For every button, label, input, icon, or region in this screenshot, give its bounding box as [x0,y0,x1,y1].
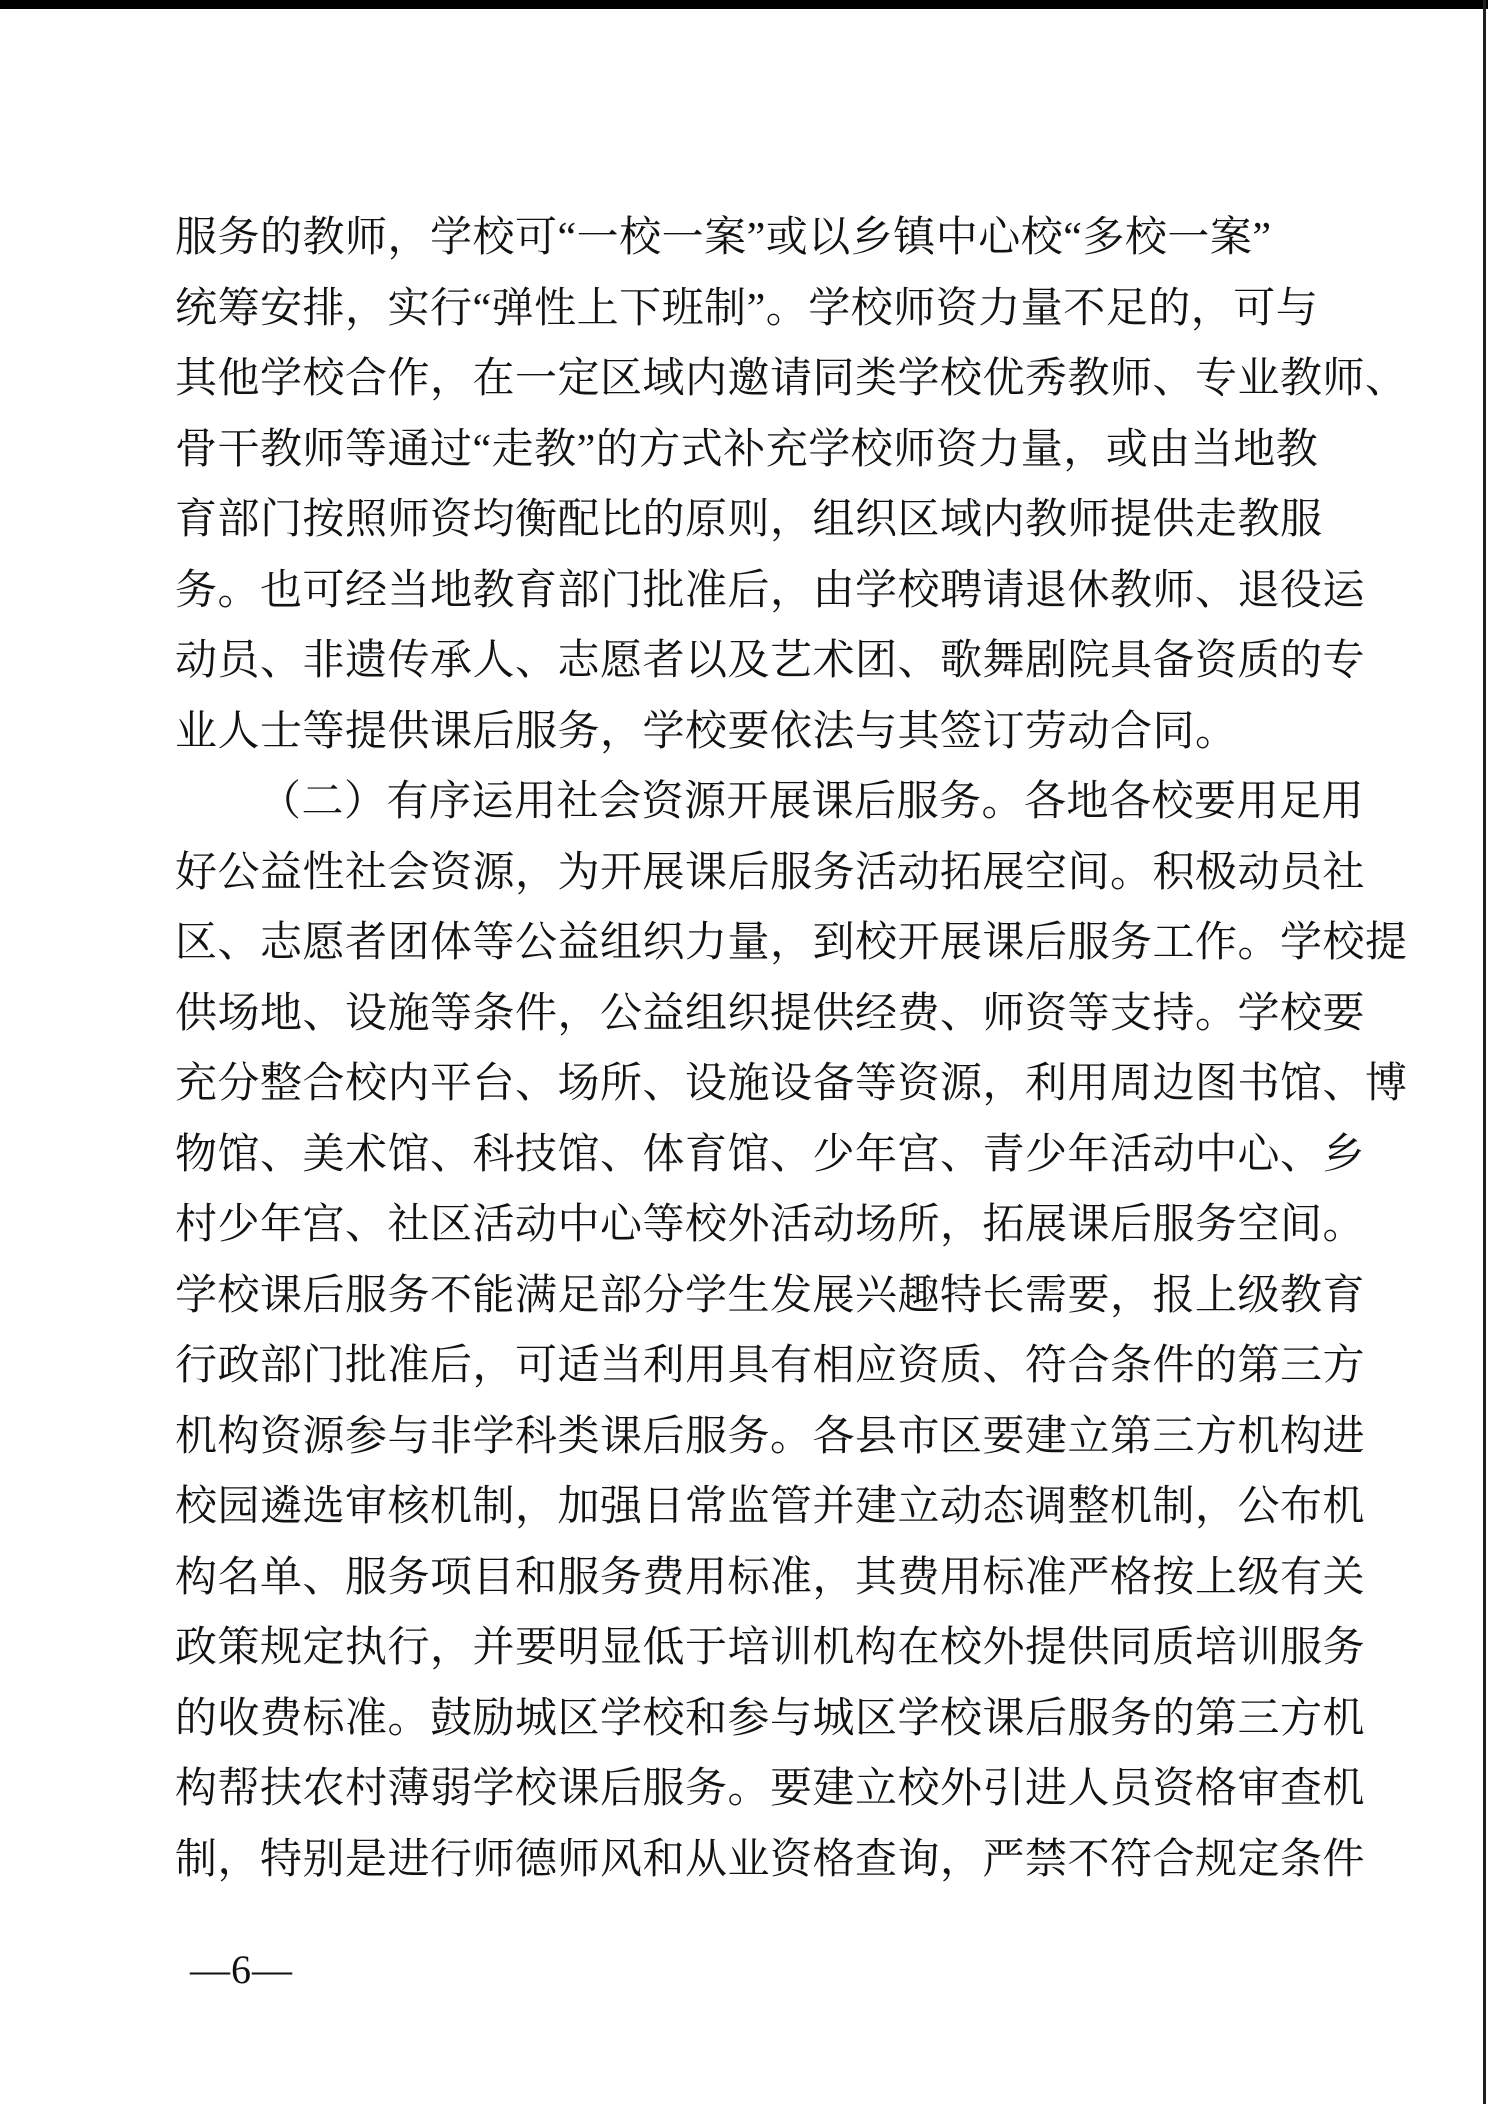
text-line: 物馆、美术馆、科技馆、体育馆、少年宫、青少年活动中心、乡 [175,1120,1371,1191]
text-line: 校园遴选审核机制，加强日常监管并建立动态调整机制，公布机 [175,1472,1371,1543]
line-text: 区、志愿者团体等公益组织力量，到校开展课后服务工作。学校提 [175,920,1408,966]
line-text: 构帮扶农村薄弱学校课后服务。要建立校外引进人员资格审查机 [175,1766,1365,1812]
text-line: 统筹安排，实行“弹性上下班制”。学校师资力量不足的，可与 [175,274,1371,345]
text-line: 村少年宫、社区活动中心等校外活动场所，拓展课后服务空间。 [175,1190,1371,1261]
line-text: 供场地、设施等条件，公益组织提供经费、师资等支持。学校要 [175,991,1365,1037]
text-line: 政策规定执行，并要明显低于培训机构在校外提供同质培训服务 [175,1613,1371,1684]
line-text: 政策规定执行，并要明显低于培训机构在校外提供同质培训服务 [175,1625,1365,1671]
line-text: 制，特别是进行师德师风和从业资格查询，严禁不符合规定条件 [175,1837,1365,1883]
line-text: 机构资源参与非学科类课后服务。各县市区要建立第三方机构进 [175,1414,1365,1460]
text-line: 育部门按照师资均衡配比的原则，组织区域内教师提供走教服 [175,485,1371,556]
text-line: 服务的教师，学校可“一校一案”或以乡镇中心校“多校一案” [175,203,1371,274]
text-line: 供场地、设施等条件，公益组织提供经费、师资等支持。学校要 [175,979,1371,1050]
text-line: 构名单、服务项目和服务费用标准，其费用标准严格按上级有关 [175,1543,1371,1614]
text-line: 业人士等提供课后服务，学校要依法与其签订劳动合同。 [175,697,1371,768]
line-text: 务。也可经当地教育部门批准后，由学校聘请退休教师、退役运 [175,568,1365,614]
text-line: 行政部门批准后，可适当利用具有相应资质、符合条件的第三方 [175,1331,1371,1402]
document-page: 服务的教师，学校可“一校一案”或以乡镇中心校“多校一案” 统筹安排，实行“弹性上… [0,0,1488,2104]
text-line: 其他学校合作，在一定区域内邀请同类学校优秀教师、专业教师、 [175,344,1371,415]
line-text: 校园遴选审核机制，加强日常监管并建立动态调整机制，公布机 [175,1484,1365,1530]
line-text: 动员、非遗传承人、志愿者以及艺术团、歌舞剧院具备资质的专 [175,638,1365,684]
line-text: 学校课后服务不能满足部分学生发展兴趣特长需要，报上级教育 [175,1273,1365,1319]
text-line-paragraph-start: （二）有序运用社会资源开展课后服务。各地各校要用足用 [175,767,1371,838]
line-text: 育部门按照师资均衡配比的原则，组织区域内教师提供走教服 [175,497,1323,543]
text-line: 的收费标准。鼓励城区学校和参与城区学校课后服务的第三方机 [175,1684,1371,1755]
text-line: 充分整合校内平台、场所、设施设备等资源，利用周边图书馆、博 [175,1049,1371,1120]
line-text: 其他学校合作，在一定区域内邀请同类学校优秀教师、专业教师、 [175,356,1408,402]
scan-artifact-top-edge [0,0,1488,9]
text-line: 务。也可经当地教育部门批准后，由学校聘请退休教师、退役运 [175,556,1371,627]
page-number: —6— [190,1946,293,1994]
text-line: 机构资源参与非学科类课后服务。各县市区要建立第三方机构进 [175,1402,1371,1473]
line-text: 行政部门批准后，可适当利用具有相应资质、符合条件的第三方 [175,1343,1365,1389]
line-text: 充分整合校内平台、场所、设施设备等资源，利用周边图书馆、博 [175,1061,1408,1107]
text-line: 动员、非遗传承人、志愿者以及艺术团、歌舞剧院具备资质的专 [175,626,1371,697]
line-text: 的收费标准。鼓励城区学校和参与城区学校课后服务的第三方机 [175,1696,1365,1742]
document-body: 服务的教师，学校可“一校一案”或以乡镇中心校“多校一案” 统筹安排，实行“弹性上… [175,203,1371,1895]
text-line: 构帮扶农村薄弱学校课后服务。要建立校外引进人员资格审查机 [175,1754,1371,1825]
line-text: 各地各校要用足用 [1024,779,1364,825]
line-text: 统筹安排，实行“弹性上下班制”。学校师资力量不足的，可与 [175,286,1318,332]
line-text: 物馆、美术馆、科技馆、体育馆、少年宫、青少年活动中心、乡 [175,1132,1365,1178]
text-line: 骨干教师等通过“走教”的方式补充学校师资力量，或由当地教 [175,415,1371,486]
section-heading: （二）有序运用社会资源开展课后服务。 [259,779,1024,825]
text-line: 制，特别是进行师德师风和从业资格查询，严禁不符合规定条件 [175,1825,1371,1896]
scan-artifact-right-edge [1483,0,1486,2104]
line-text: 构名单、服务项目和服务费用标准，其费用标准严格按上级有关 [175,1555,1365,1601]
line-text: 业人士等提供课后服务，学校要依法与其签订劳动合同。 [175,709,1238,755]
line-text: 村少年宫、社区活动中心等校外活动场所，拓展课后服务空间。 [175,1202,1365,1248]
line-text: 服务的教师，学校可“一校一案”或以乡镇中心校“多校一案” [175,215,1272,261]
text-line: 学校课后服务不能满足部分学生发展兴趣特长需要，报上级教育 [175,1261,1371,1332]
line-text: 骨干教师等通过“走教”的方式补充学校师资力量，或由当地教 [175,427,1318,473]
line-text: 好公益性社会资源，为开展课后服务活动拓展空间。积极动员社 [175,850,1365,896]
text-line: 好公益性社会资源，为开展课后服务活动拓展空间。积极动员社 [175,838,1371,909]
text-line: 区、志愿者团体等公益组织力量，到校开展课后服务工作。学校提 [175,908,1371,979]
